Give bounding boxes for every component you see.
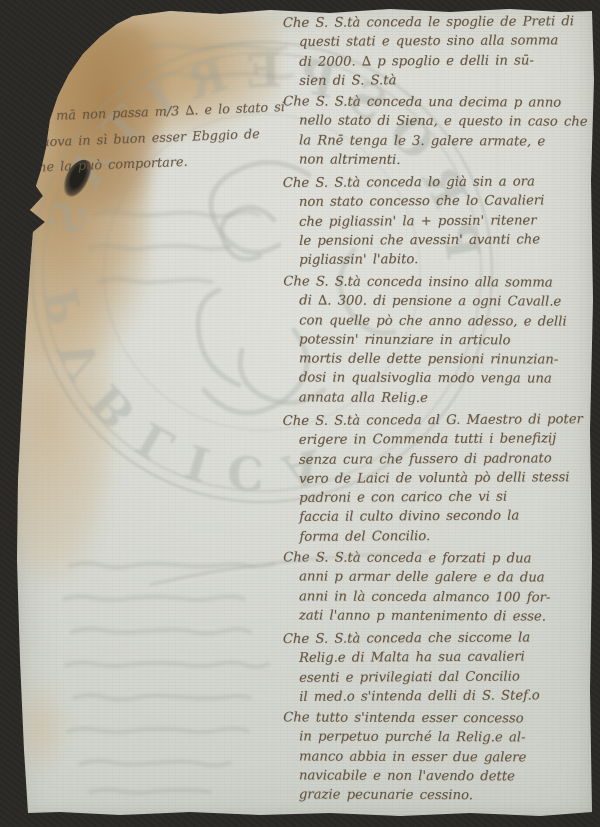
manuscript-line: nello stato di Siena, e questo in caso c… xyxy=(299,112,595,133)
main-text-column: Che S. S.tà conceda le spoglie de Preti … xyxy=(283,13,595,809)
manuscript-line: grazie pecunarie cessino. xyxy=(299,786,595,807)
scan-background: PROSPERITAS PVBLICA xyxy=(0,0,600,827)
manuscript-line: il med.o s'intenda delli di S. Stef.o xyxy=(299,686,595,707)
manuscript-line: manco abbia in esser due galere xyxy=(299,747,595,768)
manuscript-line: mortis delle dette pensioni rinunzian- xyxy=(299,349,595,370)
manuscript-line: senza cura che fussero di padronato xyxy=(299,449,595,470)
manuscript-page: PROSPERITAS PVBLICA xyxy=(0,0,600,827)
manuscript-line: Che S. S.tà conceda al G. Maestro di pot… xyxy=(283,410,595,431)
manuscript-line: Che tutto s'intenda esser concesso xyxy=(283,709,595,730)
manuscript-line: le pensioni che avessin' avanti che xyxy=(299,230,595,251)
manuscript-line: forma del Concilio. xyxy=(299,526,595,547)
manuscript-line: che pigliassin' la + possin' ritener xyxy=(299,211,595,232)
manuscript-line: padroni e con carico che vi si xyxy=(299,487,595,508)
manuscript-line: non altrimenti. xyxy=(299,150,595,171)
manuscript-line: in perpetuo purché la Relig.e al- xyxy=(299,728,595,749)
manuscript-paragraph: Che S. S.tà conceda le spoglie de Preti … xyxy=(283,12,595,91)
manuscript-line: annata alla Relig.e xyxy=(299,388,595,409)
manuscript-paragraph: Che S. S.tà conceda una decima p anno ne… xyxy=(283,93,595,172)
manuscript-line: anni p armar delle galere e da dua xyxy=(299,568,595,589)
manuscript-paragraph: Che tutto s'intenda esser concesso in pe… xyxy=(283,709,595,807)
manuscript-paragraph: Che S. S.tà conceda insino alla somma di… xyxy=(283,272,596,408)
manuscript-line: di 2000. ∆ p spoglio e delli in sū- xyxy=(299,51,595,72)
manuscript-line: navicabile e non l'avendo dette xyxy=(299,767,595,788)
manuscript-line: dosi in qualsivoglia modo venga una xyxy=(299,369,595,390)
manuscript-paragraph: Che S. S.tà conceda al G. Maestro di pot… xyxy=(283,410,596,547)
manuscript-line: faccia il culto divino secondo la xyxy=(299,506,595,527)
manuscript-line: questi stati e questo sino alla somma xyxy=(299,31,595,52)
manuscript-line: anni in là conceda almanco 100 for- xyxy=(299,587,595,608)
manuscript-line: Che S. S.tà conceda le spoglie de Preti … xyxy=(283,12,595,33)
manuscript-line: sien di S. S.tà xyxy=(299,70,595,91)
manuscript-line: Che S. S.tà conceda che siccome la xyxy=(283,628,595,649)
manuscript-line: esenti e privilegiati dal Concilio xyxy=(299,667,595,688)
manuscript-line: la Rnē tenga le 3. galere armate, e xyxy=(299,131,595,152)
manuscript-line: con quelle pò che anno adesso, e delli xyxy=(299,311,595,332)
manuscript-paragraph: Che S. S.tà conceda e forzati p dua anni… xyxy=(283,548,595,627)
manuscript-line: Che S. S.tà conceda una decima p anno xyxy=(283,93,595,114)
manuscript-line: potessin' rinunziare in articulo xyxy=(299,330,595,351)
manuscript-line: Che S. S.tà conceda lo già sin a ora xyxy=(283,172,595,193)
manuscript-line: non stato concesso che lo Cavalieri xyxy=(299,192,595,213)
manuscript-line: zati l'anno p mantenimento di esse. xyxy=(299,606,595,627)
manuscript-paragraph: Che S. S.tà conceda che siccome la Relig… xyxy=(283,628,595,707)
margin-note: a x mā non passa m/3 ∆. e lo stato si tr… xyxy=(29,95,282,181)
manuscript-line: pigliassin' l'abito. xyxy=(299,250,595,271)
manuscript-line: Relig.e di Malta ha sua cavalieri xyxy=(299,648,595,669)
manuscript-line: vero de Laici de voluntà pò delli stessi xyxy=(299,468,595,489)
manuscript-line: Che S. S.tà conceda e forzati p dua xyxy=(283,548,595,569)
manuscript-line: erigere in Commenda tutti i benefizij xyxy=(299,429,595,450)
manuscript-paragraph: Che S. S.tà conceda lo già sin a ora non… xyxy=(283,172,596,270)
manuscript-line: Che S. S.tà conceda insino alla somma xyxy=(283,272,595,293)
manuscript-line: di ∆. 300. di pensione a ogni Cavall.e xyxy=(299,292,595,313)
